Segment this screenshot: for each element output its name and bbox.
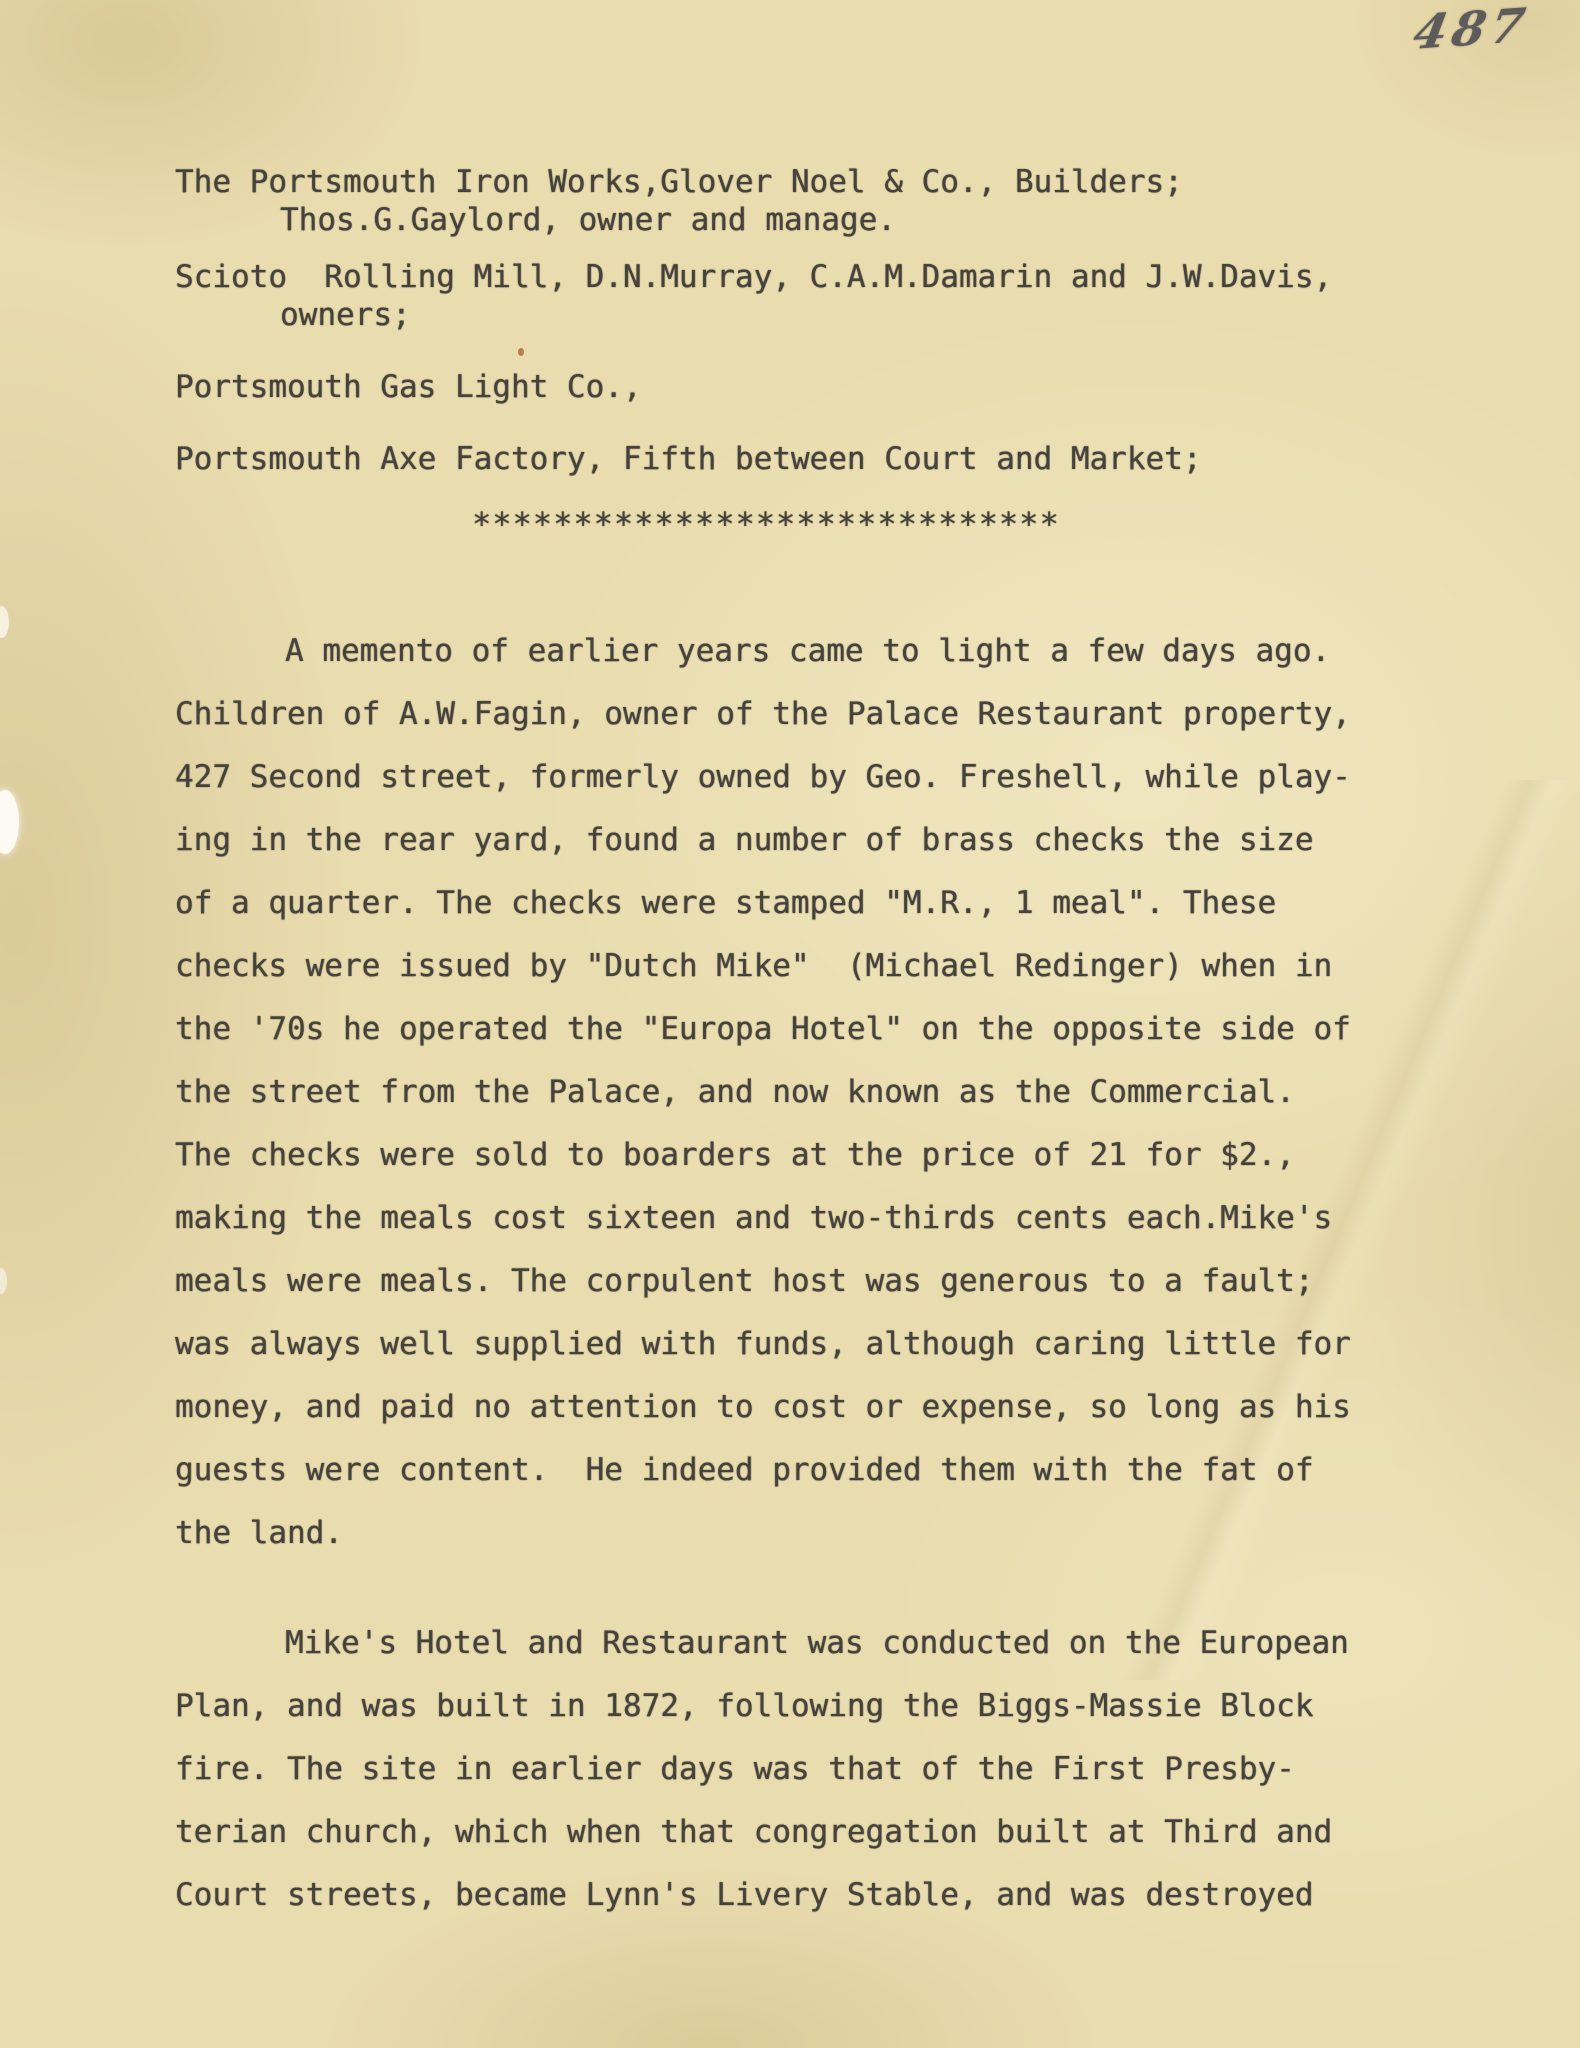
text-line: making the meals cost sixteen and two-th… [175, 1187, 1540, 1250]
header-block-axe-factory: Portsmouth Axe Factory, Fifth between Co… [175, 440, 1540, 478]
text-line: Children of A.W.Fagin, owner of the Pala… [175, 683, 1540, 746]
text-line: Mike's Hotel and Restaurant was conducte… [175, 1612, 1540, 1675]
paragraph-memento: A memento of earlier years came to light… [175, 620, 1540, 1565]
text-line: of a quarter. The checks were stamped "M… [175, 872, 1540, 935]
header-block-rolling-mill: Scioto Rolling Mill, D.N.Murray, C.A.M.D… [175, 258, 1540, 334]
text-line: terian church, which when that congregat… [175, 1801, 1540, 1864]
handwritten-page-number: 487 [1409, 0, 1534, 61]
paragraph-mikes-hotel: Mike's Hotel and Restaurant was conducte… [175, 1612, 1540, 1927]
torn-edge-spot [0, 1268, 7, 1294]
text-line: the land. [175, 1502, 1540, 1565]
text-line: checks were issued by "Dutch Mike" (Mich… [175, 935, 1540, 998]
header-block-gas-light: Portsmouth Gas Light Co., [175, 368, 1540, 406]
text-line: Court streets, became Lynn's Livery Stab… [175, 1864, 1540, 1927]
text-line: The checks were sold to boarders at the … [175, 1124, 1540, 1187]
asterisk-divider: ***************************** [472, 505, 1060, 543]
header-line: Portsmouth Gas Light Co., [175, 368, 1540, 406]
text-line: the street from the Palace, and now know… [175, 1061, 1540, 1124]
text-line: Plan, and was built in 1872, following t… [175, 1675, 1540, 1738]
text-line: money, and paid no attention to cost or … [175, 1376, 1540, 1439]
text-line: fire. The site in earlier days was that … [175, 1738, 1540, 1801]
torn-edge-spot [0, 790, 19, 854]
text-line: guests were content. He indeed provided … [175, 1439, 1540, 1502]
header-line: Scioto Rolling Mill, D.N.Murray, C.A.M.D… [175, 258, 1540, 296]
header-line-continuation: Thos.G.Gaylord, owner and manage. [175, 201, 1540, 239]
header-line-continuation: owners; [175, 296, 1540, 334]
header-line: The Portsmouth Iron Works,Glover Noel & … [175, 163, 1540, 201]
text-line: meals were meals. The corpulent host was… [175, 1250, 1540, 1313]
ink-speck [518, 348, 524, 356]
text-line: ing in the rear yard, found a number of … [175, 809, 1540, 872]
text-line: A memento of earlier years came to light… [175, 620, 1540, 683]
scanned-typewritten-page: 487 The Portsmouth Iron Works,Glover Noe… [0, 0, 1580, 2048]
header-block-iron-works: The Portsmouth Iron Works,Glover Noel & … [175, 163, 1540, 239]
text-line: was always well supplied with funds, alt… [175, 1313, 1540, 1376]
header-line: Portsmouth Axe Factory, Fifth between Co… [175, 440, 1540, 478]
text-line: the '70s he operated the "Europa Hotel" … [175, 998, 1540, 1061]
torn-edge-spot [0, 606, 9, 638]
text-line: 427 Second street, formerly owned by Geo… [175, 746, 1540, 809]
